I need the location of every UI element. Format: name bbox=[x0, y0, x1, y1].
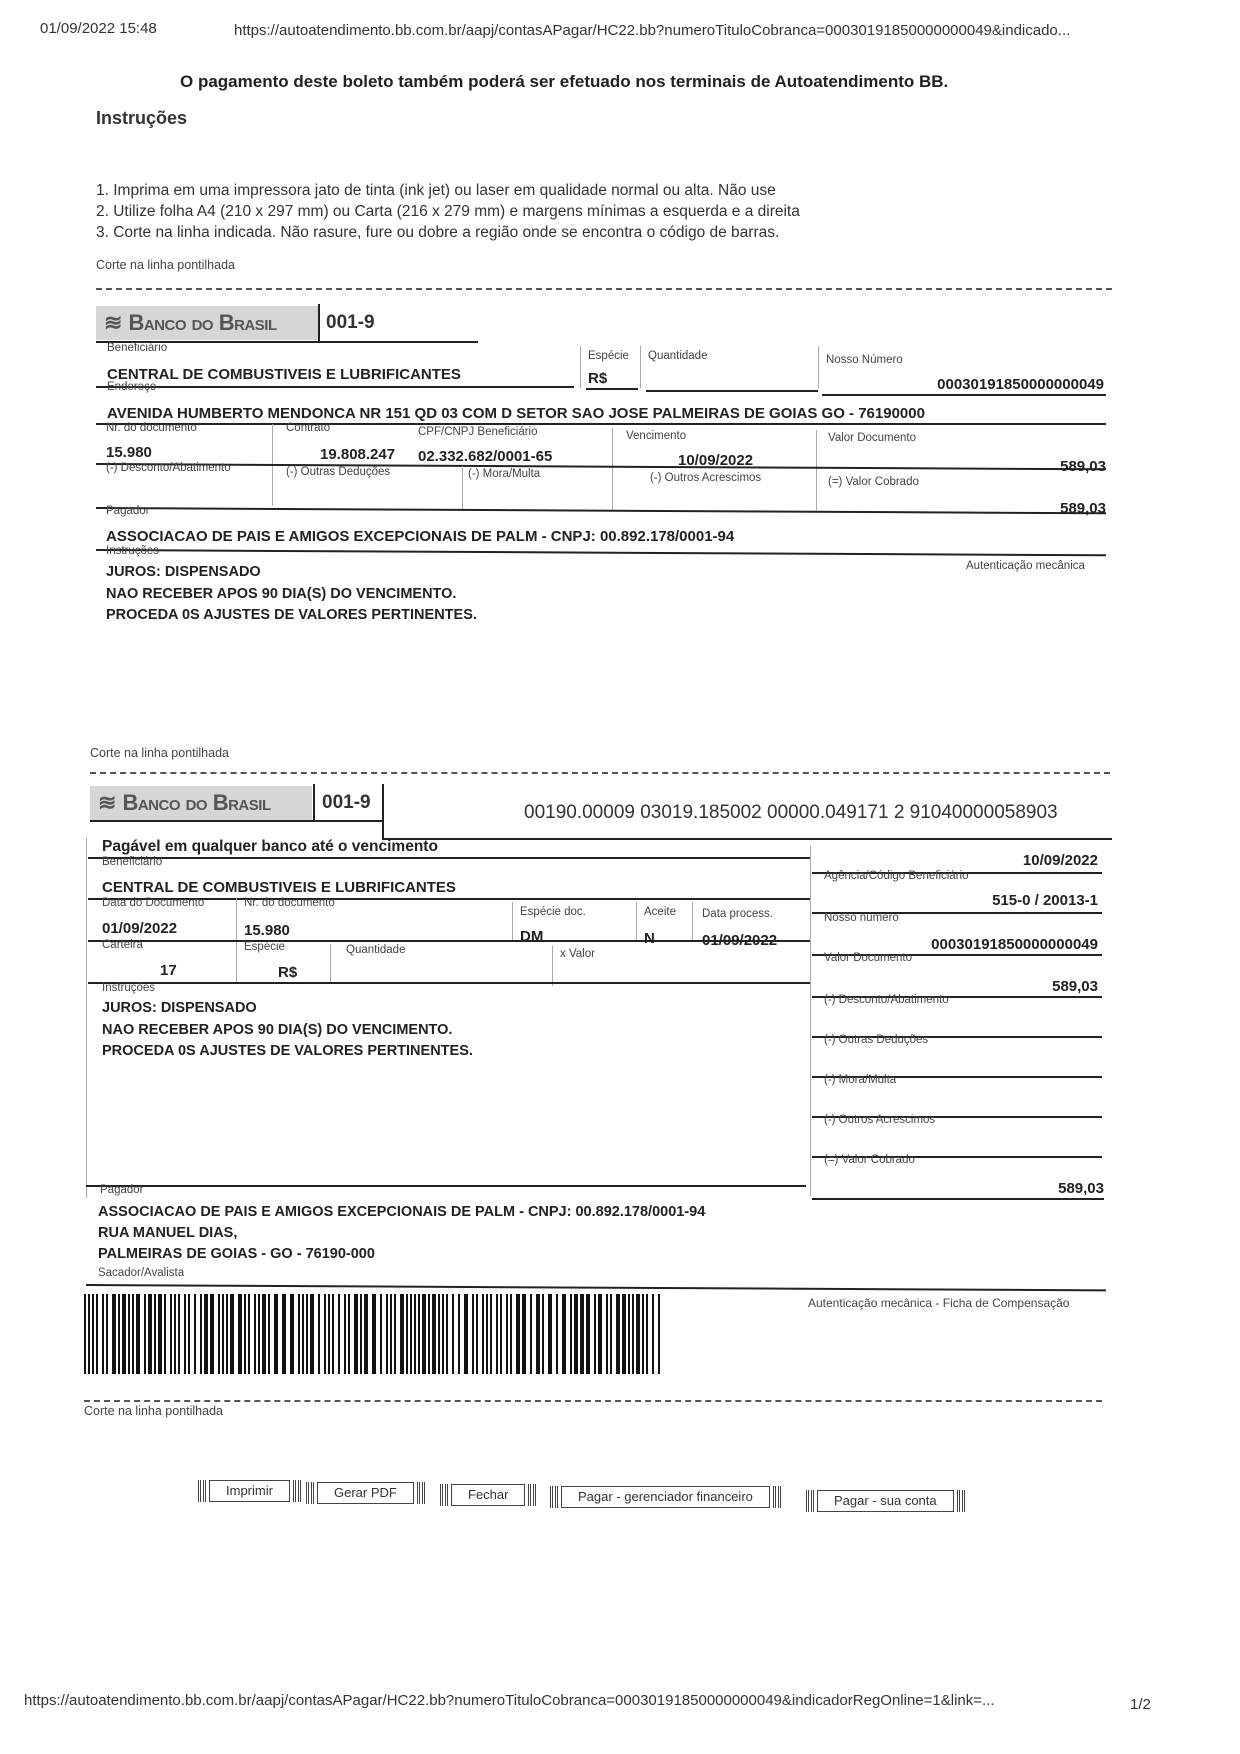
divider bbox=[612, 428, 613, 510]
slip-valor-cobrado-value: 589,03 bbox=[1058, 1180, 1104, 1197]
pagador-label: Pagador bbox=[100, 1184, 143, 1196]
instructions-title: Instruções bbox=[96, 108, 187, 129]
especie-value: R$ bbox=[588, 370, 607, 387]
pagar-gerenciador-button-wrap: Pagar - gerenciador financeiro bbox=[550, 1486, 781, 1508]
button-edge bbox=[957, 1490, 965, 1512]
slip-instructions: JUROS: DISPENSADO NAO RECEBER APOS 90 DI… bbox=[102, 998, 473, 1063]
autenticacao-label: Autenticação mecânica bbox=[966, 560, 1085, 572]
slip-nosso-numero-value: 00030191850000000049 bbox=[931, 936, 1098, 953]
print-datetime: 01/09/2022 15:48 bbox=[40, 20, 157, 37]
divider bbox=[636, 902, 637, 942]
receipt-instructions: JUROS: DISPENSADO NAO RECEBER APOS 90 DI… bbox=[106, 562, 477, 627]
instruction-line: PROCEDA 0S AJUSTES DE VALORES PERTINENTE… bbox=[106, 605, 477, 627]
mora-multa-label: (-) Mora/Multa bbox=[468, 468, 540, 480]
divider bbox=[580, 346, 581, 388]
instrucoes-label: Instruções bbox=[106, 545, 159, 557]
gerar-pdf-button[interactable]: Gerar PDF bbox=[317, 1482, 414, 1504]
vencimento-label: Vencimento bbox=[626, 430, 686, 442]
data-documento-label: Data do Documento bbox=[102, 897, 204, 909]
slip-valor-documento-value: 589,03 bbox=[1052, 978, 1098, 995]
contrato-value: 19.808.247 bbox=[320, 446, 395, 463]
desconto-label: (-) Desconto/Abatimento bbox=[824, 994, 949, 1006]
divider bbox=[96, 463, 1106, 470]
divider bbox=[96, 386, 574, 388]
divider bbox=[810, 846, 811, 1196]
valor-cobrado-label: (=) Valor Cobrado bbox=[828, 476, 919, 488]
outras-deducoes-label: (-) Outras Deduções bbox=[286, 466, 390, 478]
cut-line bbox=[84, 1400, 1102, 1402]
button-edge bbox=[198, 1480, 206, 1502]
divider bbox=[586, 388, 638, 390]
valor-documento-value: 589,03 bbox=[1060, 458, 1106, 475]
cut-line-label: Corte na linha pontilhada bbox=[96, 258, 235, 272]
divider bbox=[90, 820, 382, 822]
payment-notice: O pagamento deste boleto também poderá s… bbox=[180, 72, 948, 92]
pagar-sua-conta-button[interactable]: Pagar - sua conta bbox=[817, 1490, 954, 1512]
bank-name: Banco do Brasil bbox=[128, 310, 276, 336]
cpf-cnpj-value: 02.332.682/0001-65 bbox=[418, 448, 552, 465]
especie-label: Espécie bbox=[244, 941, 285, 953]
data-process-label: Data process. bbox=[702, 908, 773, 920]
fechar-button-wrap: Fechar bbox=[440, 1484, 536, 1506]
quantidade-label: Quantidade bbox=[346, 944, 405, 956]
outros-acrescimos-label: (-) Outros Acrescimos bbox=[650, 472, 761, 484]
bank-code: 001-9 bbox=[322, 792, 371, 814]
button-edge bbox=[806, 1490, 814, 1512]
cut-line-label: Corte na linha pontilhada bbox=[84, 1404, 223, 1418]
button-edge bbox=[293, 1480, 301, 1502]
mora-multa-label: (-) Mora/Multa bbox=[824, 1074, 896, 1086]
instruction-item: 2. Utilize folha A4 (210 x 297 mm) ou Ca… bbox=[96, 201, 800, 222]
banco-do-brasil-logo-icon: ≋ bbox=[98, 790, 116, 816]
gerar-pdf-button-wrap: Gerar PDF bbox=[306, 1482, 425, 1504]
divider bbox=[96, 507, 1106, 514]
button-edge bbox=[306, 1482, 314, 1504]
cut-line-label: Corte na linha pontilhada bbox=[90, 746, 229, 760]
slip-especie-value: R$ bbox=[278, 964, 297, 981]
button-edge bbox=[440, 1484, 448, 1506]
divider bbox=[88, 857, 810, 859]
instruction-item: 1. Imprima em uma impressora jato de tin… bbox=[96, 180, 800, 201]
divider bbox=[818, 346, 819, 388]
nosso-numero-label: Nosso número bbox=[824, 912, 899, 924]
divider bbox=[640, 346, 641, 388]
button-edge bbox=[773, 1486, 781, 1508]
nr-documento-label: Nr. do documento bbox=[244, 897, 335, 909]
divider bbox=[86, 1284, 1106, 1291]
logo-divider bbox=[318, 304, 320, 342]
pagar-conta-button-wrap: Pagar - sua conta bbox=[806, 1490, 965, 1512]
print-url: https://autoatendimento.bb.com.br/aapj/c… bbox=[234, 22, 1070, 39]
data-documento-value: 01/09/2022 bbox=[102, 920, 177, 937]
instruction-line: JUROS: DISPENSADO bbox=[102, 998, 473, 1020]
divider bbox=[822, 394, 1106, 396]
pagador-line: RUA MANUEL DIAS, bbox=[98, 1223, 705, 1244]
divider bbox=[88, 940, 810, 942]
agencia-value: 515-0 / 20013-1 bbox=[992, 892, 1098, 909]
beneficiario-value: CENTRAL DE COMBUSTIVEIS E LUBRIFICANTES bbox=[107, 366, 461, 383]
slip-beneficiario-value: CENTRAL DE COMBUSTIVEIS E LUBRIFICANTES bbox=[102, 879, 456, 896]
carteira-label: Carteira bbox=[102, 939, 143, 951]
pagar-gerenciador-financeiro-button[interactable]: Pagar - gerenciador financeiro bbox=[561, 1486, 770, 1508]
quantidade-label: Quantidade bbox=[648, 350, 707, 362]
valor-cobrado-label: (=) Valor Cobrado bbox=[824, 1154, 915, 1166]
nr-documento-label: Nr. do documento bbox=[106, 422, 197, 434]
bank-logo: ≋ Banco do Brasil bbox=[90, 786, 312, 820]
barcode bbox=[84, 1294, 670, 1374]
divider bbox=[86, 838, 87, 1198]
button-edge bbox=[417, 1482, 425, 1504]
divider bbox=[462, 466, 463, 510]
divider bbox=[646, 390, 818, 392]
page-number: 1/2 bbox=[1130, 1696, 1151, 1713]
bank-name: Banco do Brasil bbox=[122, 790, 270, 816]
especie-doc-value: DM bbox=[520, 928, 543, 945]
valor-cobrado-value: 589,03 bbox=[1060, 500, 1106, 517]
beneficiario-label: Beneficiário bbox=[102, 856, 162, 868]
endereco-label: Endereço bbox=[107, 381, 156, 393]
linha-digitavel: 00190.00009 03019.185002 00000.049171 2 … bbox=[524, 802, 1058, 824]
instruction-line: NAO RECEBER APOS 90 DIA(S) DO VENCIMENTO… bbox=[106, 584, 477, 606]
cut-line bbox=[96, 288, 1112, 290]
divider bbox=[330, 944, 331, 984]
bank-logo: ≋ Banco do Brasil bbox=[96, 306, 318, 340]
divider bbox=[96, 423, 1106, 425]
instruction-line: JUROS: DISPENSADO bbox=[106, 562, 477, 584]
logo-divider bbox=[313, 784, 315, 822]
cut-line bbox=[90, 772, 1110, 774]
divider bbox=[816, 430, 817, 510]
slip-vencimento-value: 10/09/2022 bbox=[1023, 852, 1098, 869]
beneficiario-label: Beneficiário bbox=[107, 342, 167, 354]
fechar-button[interactable]: Fechar bbox=[451, 1484, 525, 1506]
aceite-value: N bbox=[644, 930, 655, 947]
banco-do-brasil-logo-icon: ≋ bbox=[104, 310, 122, 336]
divider bbox=[96, 549, 1106, 556]
divider bbox=[86, 1185, 806, 1187]
agencia-label: Agência/Código Beneficiário bbox=[824, 870, 968, 882]
instruction-line: NAO RECEBER APOS 90 DIA(S) DO VENCIMENTO… bbox=[102, 1020, 473, 1042]
desconto-label: (-) Desconto/Abatimento bbox=[106, 462, 231, 474]
instrucoes-label: Instruções bbox=[102, 982, 155, 994]
contrato-label: Contrato bbox=[286, 422, 330, 434]
imprimir-button[interactable]: Imprimir bbox=[209, 1480, 290, 1502]
divider bbox=[812, 1198, 1104, 1200]
nosso-numero-label: Nosso Número bbox=[826, 354, 903, 366]
aceite-label: Aceite bbox=[644, 906, 676, 918]
imprimir-button-wrap: Imprimir bbox=[198, 1480, 301, 1502]
outros-acrescimos-label: (-) Outros Acrescimos bbox=[824, 1114, 935, 1126]
instruction-item: 3. Corte na linha indicada. Não rasure, … bbox=[96, 222, 800, 243]
sacador-label: Sacador/Avalista bbox=[98, 1267, 184, 1279]
divider bbox=[88, 982, 810, 984]
x-valor-label: x Valor bbox=[560, 948, 595, 960]
bank-code: 001-9 bbox=[326, 312, 375, 334]
divider bbox=[512, 902, 513, 942]
nr-documento-value: 15.980 bbox=[106, 444, 152, 461]
divider bbox=[692, 902, 693, 942]
button-edge bbox=[528, 1484, 536, 1506]
pagador-value: ASSOCIACAO DE PAIS E AMIGOS EXCEPCIONAIS… bbox=[106, 528, 734, 545]
outras-deducoes-label: (-) Outras Deduções bbox=[824, 1034, 928, 1046]
logo-divider bbox=[382, 784, 384, 840]
instruction-line: PROCEDA 0S AJUSTES DE VALORES PERTINENTE… bbox=[102, 1041, 473, 1063]
slip-nr-documento-value: 15.980 bbox=[244, 922, 290, 939]
instructions-list: 1. Imprima em uma impressora jato de tin… bbox=[96, 180, 800, 243]
autenticacao-label: Autenticação mecânica - Ficha de Compens… bbox=[808, 1296, 1069, 1310]
divider bbox=[382, 838, 1112, 840]
carteira-value: 17 bbox=[160, 962, 177, 979]
divider bbox=[552, 946, 553, 986]
footer-url: https://autoatendimento.bb.com.br/aapj/c… bbox=[24, 1692, 995, 1709]
button-edge bbox=[550, 1486, 558, 1508]
especie-doc-label: Espécie doc. bbox=[520, 906, 586, 918]
endereco-value: AVENIDA HUMBERTO MENDONCA NR 151 QD 03 C… bbox=[107, 405, 925, 422]
cpf-cnpj-label: CPF/CNPJ Beneficiário bbox=[418, 426, 538, 438]
nosso-numero-value: 00030191850000000049 bbox=[937, 376, 1104, 393]
local-pagamento: Pagável em qualquer banco até o vencimen… bbox=[102, 838, 438, 856]
especie-label: Espécie bbox=[588, 350, 629, 362]
pagador-line: ASSOCIACAO DE PAIS E AMIGOS EXCEPCIONAIS… bbox=[98, 1202, 705, 1223]
slip-pagador: ASSOCIACAO DE PAIS E AMIGOS EXCEPCIONAIS… bbox=[98, 1202, 705, 1265]
pagador-label: Pagador bbox=[106, 505, 149, 517]
valor-documento-label: Valor Documento bbox=[824, 952, 912, 964]
valor-documento-label: Valor Documento bbox=[828, 432, 916, 444]
pagador-line: PALMEIRAS DE GOIAS - GO - 76190-000 bbox=[98, 1244, 705, 1265]
